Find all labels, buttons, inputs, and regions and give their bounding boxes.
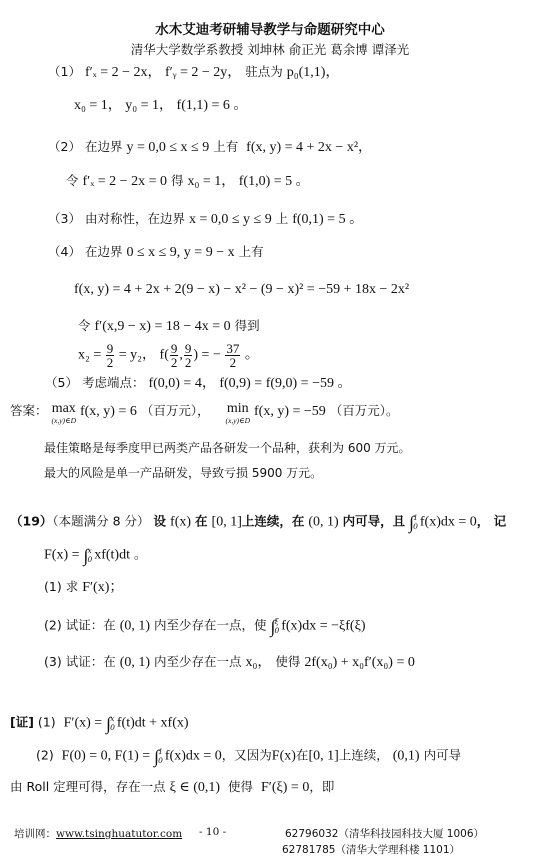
site-label: 培训网：	[14, 828, 56, 840]
integral-bounds: x0	[110, 714, 115, 732]
math: F(0) = 0, F(1) =	[62, 749, 151, 764]
question-label: (1)	[44, 579, 62, 594]
equation: f′ₓ = 2 − 2x = 0	[83, 174, 167, 189]
step-4-derivative: 令 f′(x,9 − x) = 18 − 4x = 0 得到	[78, 318, 260, 335]
text: 上连续，	[339, 748, 389, 763]
text: 考虑端点：	[82, 375, 145, 390]
equation-part: ,	[179, 348, 183, 363]
integrand: xf(t)dt	[94, 548, 130, 563]
integral-expression: f(x)dx = 0	[165, 749, 222, 764]
answer-line: 答案： max(x,y)∈D f(x, y) = 6 （百万元）， min(x,…	[10, 403, 399, 427]
operator: max	[52, 403, 77, 415]
integral-expression: f(t)dt + xf(x)	[117, 716, 189, 731]
min-value: f(x, y) = −59	[254, 404, 326, 419]
proof-label: [证]	[10, 715, 34, 730]
text: 由 Roll 定理可得，存在一点	[10, 779, 166, 794]
math: ξ ∈ (0,1)	[170, 780, 220, 795]
numerator: 9	[170, 342, 179, 356]
math: F(x) =	[44, 548, 80, 563]
step-label: （1）	[48, 64, 81, 79]
step-2-line: （2） 在边界 y = 0,0 ≤ x ≤ 9 上有 f(x, y) = 4 +…	[48, 139, 372, 156]
text: 内至少存在一点，使	[154, 618, 267, 633]
text: 在	[195, 514, 208, 529]
fraction: 92	[184, 342, 193, 369]
partial-derivatives: f′ₓ = 2 − 2x， f′ᵧ = 2 − 2y，	[85, 65, 241, 80]
operator: min	[226, 403, 251, 415]
equation-part: 。	[245, 348, 259, 363]
fraction: 372	[225, 342, 240, 369]
stationary-point: p₀(1,1)，	[287, 65, 340, 80]
step-label: （5）	[45, 375, 78, 390]
math: F′(x) =	[64, 716, 103, 731]
upper-bound: x	[110, 714, 115, 723]
text: 在	[296, 748, 309, 763]
step-1-values: x₀ = 1， y₀ = 1， f(1,1) = 6 。	[74, 98, 247, 114]
denominator: 2	[184, 356, 193, 369]
equation-part: = y₂， f(	[119, 348, 169, 363]
question-2: (2) 试证：在 (0, 1) 内至少存在一点，使 ∫ξ0f(x)dx = −ξ…	[44, 617, 365, 635]
document-authors: 清华大学数学系教授 刘坤林 俞正光 葛余博 谭泽光	[0, 40, 540, 58]
problem-number: （19）	[10, 514, 52, 529]
unit: （百万元）。	[330, 403, 399, 418]
text: 由对称性，在边界	[85, 211, 185, 226]
text: 令	[78, 318, 91, 333]
text: 求	[66, 579, 79, 594]
math: F′(x)；	[82, 580, 123, 595]
equation-part: x₂ =	[78, 348, 101, 363]
text: 试证：在	[66, 654, 116, 669]
site-link[interactable]: www.tsinghuatutor.com	[56, 828, 182, 840]
interval: (0,1)	[393, 749, 420, 764]
equation-part: ) = −	[193, 348, 220, 363]
step-4-function-expansion: f(x, y) = 4 + 2x + 2(9 − x) − x² − (9 − …	[74, 282, 409, 298]
math: F(x)	[272, 749, 296, 764]
text: 上有	[239, 244, 264, 259]
text: 使得	[275, 654, 300, 669]
text: 设	[154, 514, 167, 529]
proof-part-2: (2) F(0) = 0, F(1) = ∫10f(x)dx = 0，又因为F(…	[36, 747, 461, 765]
question-3: (3) 试证：在 (0, 1) 内至少存在一点 x₀， 使得 2f(x₀) + …	[44, 654, 415, 671]
upper-bound: ξ	[274, 617, 279, 626]
answer-label: 答案：	[10, 403, 48, 418]
footer-phone-1: 62796032（清华科技园科技大厦 1006）	[285, 826, 484, 841]
subscript: (x,y)∈D	[226, 415, 251, 427]
upper-bound: 1	[413, 513, 418, 522]
integral-bounds: x0	[87, 546, 92, 564]
integral-expression: f(x)dx = 0	[420, 515, 477, 530]
stationary-point-label: 驻点为	[245, 64, 283, 79]
numerator: 37	[225, 342, 240, 356]
step-3-line: （3） 由对称性，在边界 x = 0,0 ≤ y ≤ 9 上 f(0,1) = …	[48, 211, 363, 228]
max-operator: max(x,y)∈D	[52, 403, 77, 427]
integral-expression: f(x)dx = −ξf(ξ)	[281, 619, 365, 634]
min-operator: min(x,y)∈D	[226, 403, 251, 427]
text: 上	[276, 211, 289, 226]
proof-part-3: 由 Roll 定理可得，存在一点 ξ ∈ (0,1) 使得 F′(ξ) = 0，…	[10, 779, 334, 796]
function-on-boundary: f(x, y) = 4 + 2x − x²，	[246, 140, 372, 155]
document-title: 水木艾迪考研辅导教学与命题研究中心	[0, 18, 540, 38]
text: 上连续，在	[242, 514, 305, 529]
strategy-text: 最佳策略是每季度甲已两类产品各研发一个品种，获利为 600 万元。	[44, 440, 411, 456]
text: 在边界	[85, 244, 123, 259]
question-label: (3)	[44, 654, 62, 669]
integral-bounds: ξ0	[274, 617, 279, 635]
integral-bounds: 10	[413, 513, 418, 531]
footer-phone-2: 62781785（清华大学理科楼 1101）	[282, 842, 460, 857]
integral-bounds: 10	[158, 747, 163, 765]
denominator: 2	[106, 356, 115, 369]
text: 。	[134, 547, 147, 562]
boundary-condition: x = 0,0 ≤ y ≤ 9	[189, 212, 272, 227]
interval: (0, 1)	[308, 515, 338, 530]
denominator: 2	[225, 356, 240, 369]
boundary-condition: y = 0,0 ≤ x ≤ 9	[126, 140, 209, 155]
step-1-line: （1） f′ₓ = 2 − 2x， f′ᵧ = 2 − 2y， 驻点为 p₀(1…	[48, 64, 339, 81]
fraction: 92	[106, 342, 115, 369]
text: 令	[66, 173, 79, 188]
text: ，即	[309, 779, 334, 794]
text: 使得	[228, 779, 253, 794]
step-label: （4）	[48, 244, 81, 259]
max-value: f(x, y) = 6	[80, 404, 137, 419]
equation: f′(x,9 − x) = 18 − 4x = 0	[95, 319, 231, 334]
lower-bound: 0	[158, 756, 163, 765]
unit: （百万元），	[141, 403, 210, 418]
problem-score: （本题满分 8 分）	[52, 514, 149, 529]
part-label: (1)	[38, 715, 56, 730]
question-label: (2)	[44, 618, 62, 633]
footer-site: 培训网：www.tsinghuatutor.com	[14, 826, 182, 841]
text: 在边界	[85, 139, 123, 154]
question-1: (1) 求 F′(x)；	[44, 579, 123, 596]
text: 上有	[213, 139, 238, 154]
interval: [0, 1]	[212, 515, 242, 530]
text: ， 记	[477, 514, 506, 529]
subscript: (x,y)∈D	[52, 415, 77, 427]
step-4-line: （4） 在边界 0 ≤ x ≤ 9, y = 9 − x 上有	[48, 244, 264, 261]
step-4-critical-point: x₂ = 92 = y₂， f(92,92) = − 372 。	[78, 342, 259, 369]
text: 内可导	[424, 748, 462, 763]
upper-bound: x	[87, 546, 92, 555]
proof-part-1: [证] (1) F′(x) = ∫x0f(t)dt + xf(x)	[10, 714, 189, 732]
text: 得	[171, 173, 184, 188]
interval: [0, 1]	[308, 749, 338, 764]
text: 内可导，且	[343, 514, 406, 529]
problem-19-definition: F(x) = ∫x0xf(t)dt 。	[44, 546, 146, 564]
boundary-condition: 0 ≤ x ≤ 9, y = 9 − x	[126, 245, 234, 260]
equation: f(0,0) = 4， f(0,9) = f(9,0) = −59 。	[148, 376, 351, 391]
math: f(x)	[170, 515, 191, 530]
text: 试证：在	[66, 618, 116, 633]
numerator: 9	[106, 342, 115, 356]
part-label: (2)	[36, 748, 54, 763]
interval: (0, 1)	[120, 619, 150, 634]
equation: x₀ = 1， f(1,0) = 5 。	[187, 174, 309, 189]
page-number: - 10 -	[199, 826, 226, 838]
text: 得到	[235, 318, 260, 333]
upper-bound: 1	[158, 747, 163, 756]
step-label: （2）	[48, 139, 81, 154]
problem-19-statement: （19）（本题满分 8 分） 设 f(x) 在 [0, 1]上连续，在 (0, …	[10, 513, 506, 531]
equation: f(0,1) = 5 。	[292, 212, 363, 227]
lower-bound: 0	[274, 626, 279, 635]
lower-bound: 0	[413, 522, 418, 531]
step-5-line: （5） 考虑端点： f(0,0) = 4， f(0,9) = f(9,0) = …	[45, 375, 351, 392]
equation: 2f(x₀) + x₀f′(x₀) = 0	[304, 655, 414, 670]
risk-text: 最大的风险是单一产品研发，导致亏损 5900 万元。	[44, 465, 322, 481]
text: ，又因为	[222, 748, 272, 763]
math: x₀，	[246, 655, 272, 670]
step-label: （3）	[48, 211, 81, 226]
interval: (0, 1)	[120, 655, 150, 670]
numerator: 9	[184, 342, 193, 356]
fraction: 92	[170, 342, 179, 369]
step-2-derivative: 令 f′ₓ = 2 − 2x = 0 得 x₀ = 1， f(1,0) = 5 …	[66, 173, 310, 190]
text: 内至少存在一点	[154, 654, 242, 669]
denominator: 2	[170, 356, 179, 369]
lower-bound: 0	[110, 723, 115, 732]
lower-bound: 0	[87, 555, 92, 564]
equation: F′(ξ) = 0	[261, 780, 309, 795]
